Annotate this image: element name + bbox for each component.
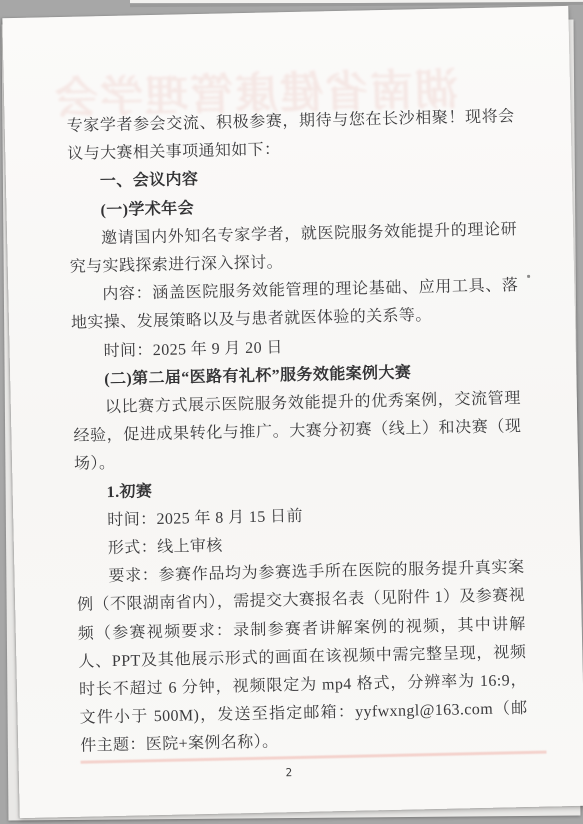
scan-artifact-dot xyxy=(527,275,530,278)
paragraph-requirements: 要求：参赛作品均为参赛选手所在医院的服务提升真实案例（不限湖南省内），需提交大赛… xyxy=(76,554,528,761)
document-body: 专家学者参会交流、积极参赛，期待与您在长沙相聚！现将会议与大赛相关事项通知如下：… xyxy=(66,103,528,761)
page-number: 2 xyxy=(19,760,559,785)
paragraph-content: 内容：涵盖医院服务效能管理的理论基础、应用工具、落地实操、发展策略以及与患者就医… xyxy=(70,272,519,338)
intro-paragraph: 专家学者参会交流、积极参赛，期待与您在长沙相聚！现将会议与大赛相关事项通知如下： xyxy=(66,103,515,169)
scanned-notice-page: { "scan": { "background_color": "#a7a7a7… xyxy=(0,0,583,824)
paragraph-contest-intro: 以比赛方式展示医院服务效能提升的优秀案例，交流管理经验，促进成果转化与推广。大赛… xyxy=(73,385,523,479)
document-page: 湖南省健康管理学会 专家学者参会交流、积极参赛，期待与您在长沙相聚！现将会议与大… xyxy=(2,6,583,818)
paragraph-invite: 邀请国内外知名专家学者，就医院服务效能提升的理论研究与实践探索进行深入探讨。 xyxy=(69,216,518,282)
